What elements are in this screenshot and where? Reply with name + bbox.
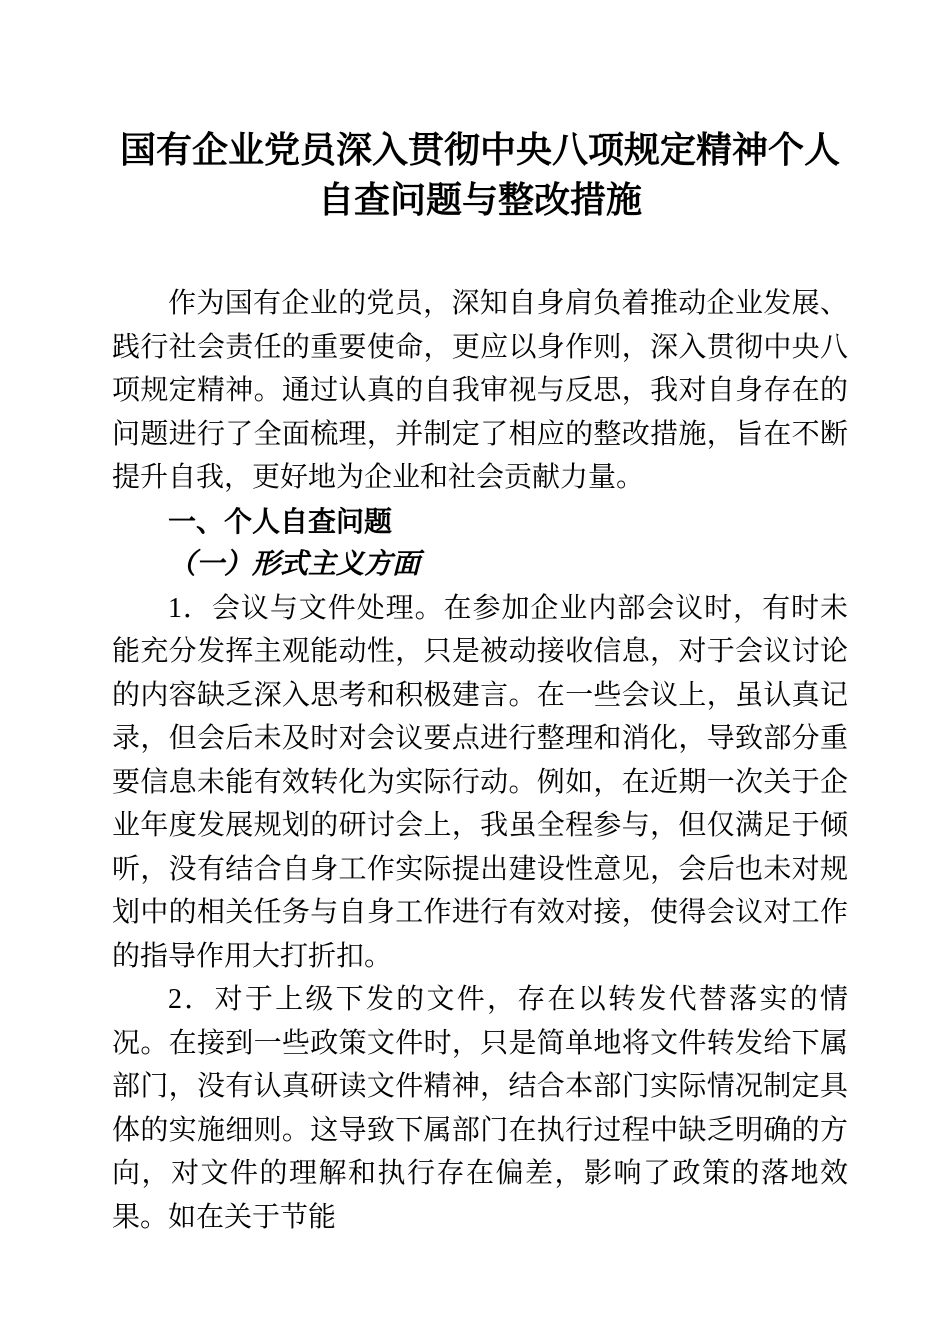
section-heading-self-check: 一、个人自查问题 [112,500,848,544]
subsection-heading-formalism: （一）形式主义方面 [112,543,848,587]
document-content: 国有企业党员深入贯彻中央八项规定精神个人自查问题与整改措施 作为国有企业的党员，… [112,0,848,1239]
doc-title: 国有企业党员深入贯彻中央八项规定精神个人自查问题与整改措施 [112,125,848,225]
intro-paragraph: 作为国有企业的党员，深知自身肩负着推动企业发展、践行社会责任的重要使命，更应以身… [112,282,848,500]
document-page: 国有企业党员深入贯彻中央八项规定精神个人自查问题与整改措施 作为国有企业的党员，… [0,0,950,1344]
paragraph-item-2: 2．对于上级下发的文件，存在以转发代替落实的情况。在接到一些政策文件时，只是简单… [112,978,848,1239]
paragraph-item-1: 1．会议与文件处理。在参加企业内部会议时，有时未能充分发挥主观能动性，只是被动接… [112,587,848,979]
